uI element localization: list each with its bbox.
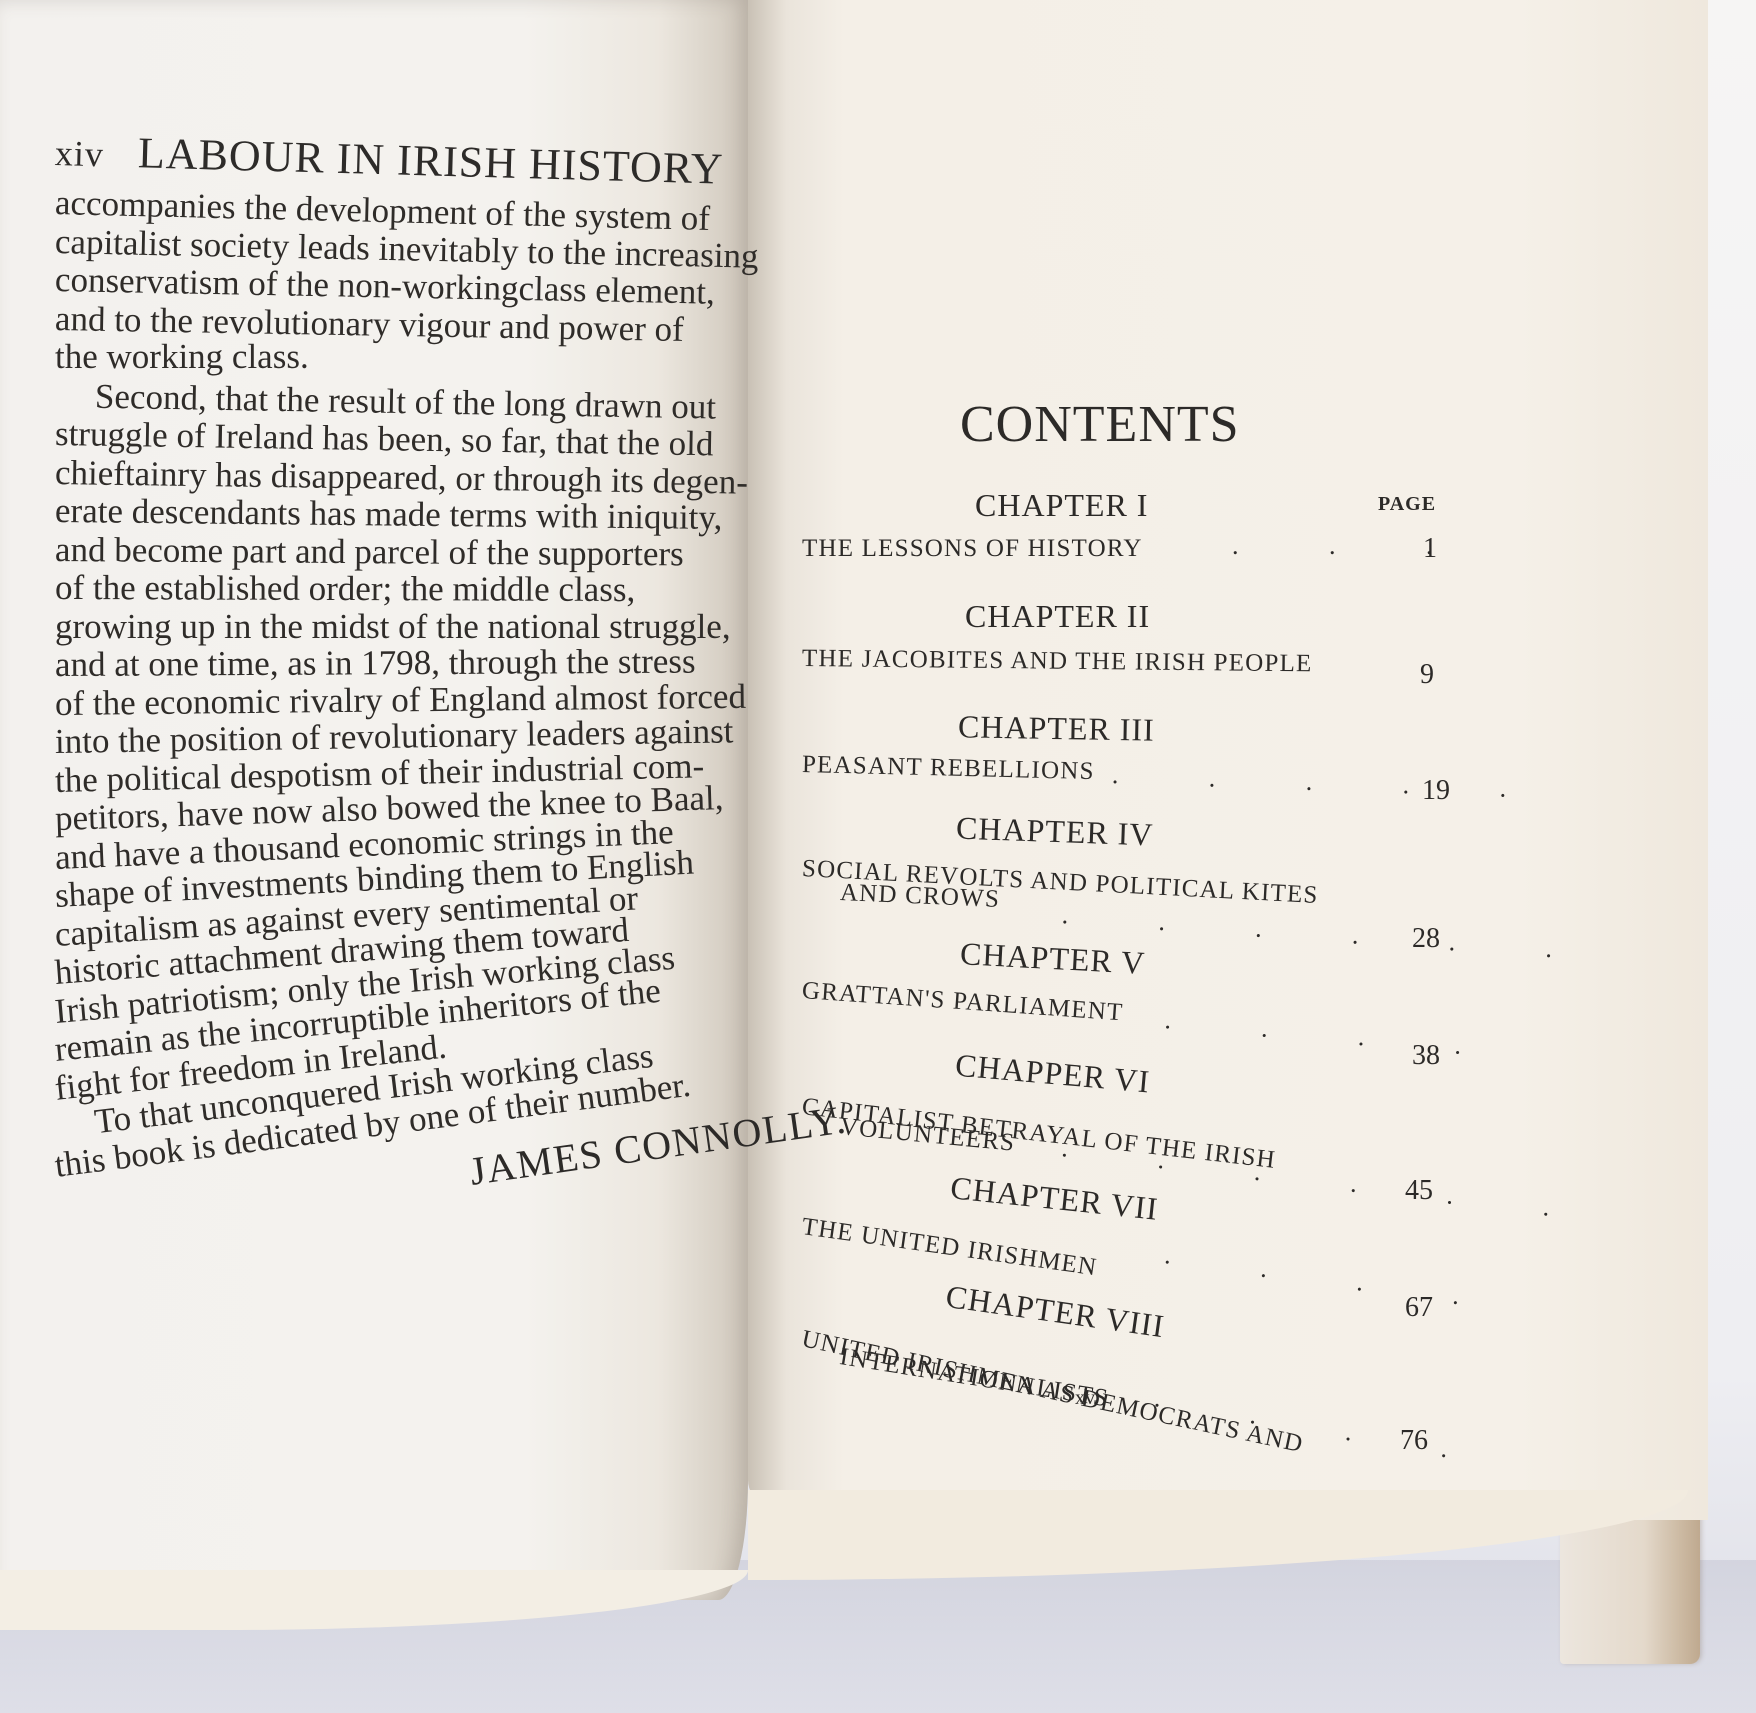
- contents-title: CONTENTS: [960, 395, 1240, 454]
- page-number: xiv: [54, 132, 104, 175]
- page-number: 9: [1420, 659, 1434, 691]
- page-number: 1: [1423, 533, 1437, 565]
- page-folio: xv: [1075, 1387, 1095, 1410]
- left-page-text: xiv LABOUR IN IRISH HISTORY accompanies …: [55, 125, 735, 1185]
- text-line: of the established order; the middle cla…: [55, 569, 735, 610]
- page-column-label: PAGE: [1378, 493, 1436, 516]
- chapter-heading: CHAPTER IV: [955, 810, 1154, 854]
- page-number: 19: [1422, 775, 1450, 807]
- chapter-heading: CHAPTER III: [958, 708, 1155, 748]
- page-number: 76: [1400, 1425, 1428, 1457]
- page-number: 28: [1412, 923, 1440, 955]
- page-number: 38: [1412, 1040, 1440, 1072]
- page-number: 67: [1405, 1292, 1433, 1324]
- chapter-title: THE JACOBITES AND THE IRISH PEOPLE: [802, 645, 1313, 678]
- chapter-title: THE LESSONS OF HISTORY: [802, 535, 1143, 563]
- page-number: 45: [1405, 1175, 1433, 1207]
- chapter-heading: CHAPTER I: [975, 487, 1148, 524]
- book-photo: xiv LABOUR IN IRISH HISTORY accompanies …: [0, 0, 1756, 1713]
- text-line: and become part and parcel of the suppor…: [55, 531, 735, 574]
- dedication-text: accompanies the development of the syste…: [55, 184, 735, 1185]
- text-line: growing up in the midst of the national …: [55, 608, 735, 647]
- leader-dots: . . .: [1232, 531, 1475, 561]
- chapter-heading: CHAPTER II: [965, 598, 1150, 635]
